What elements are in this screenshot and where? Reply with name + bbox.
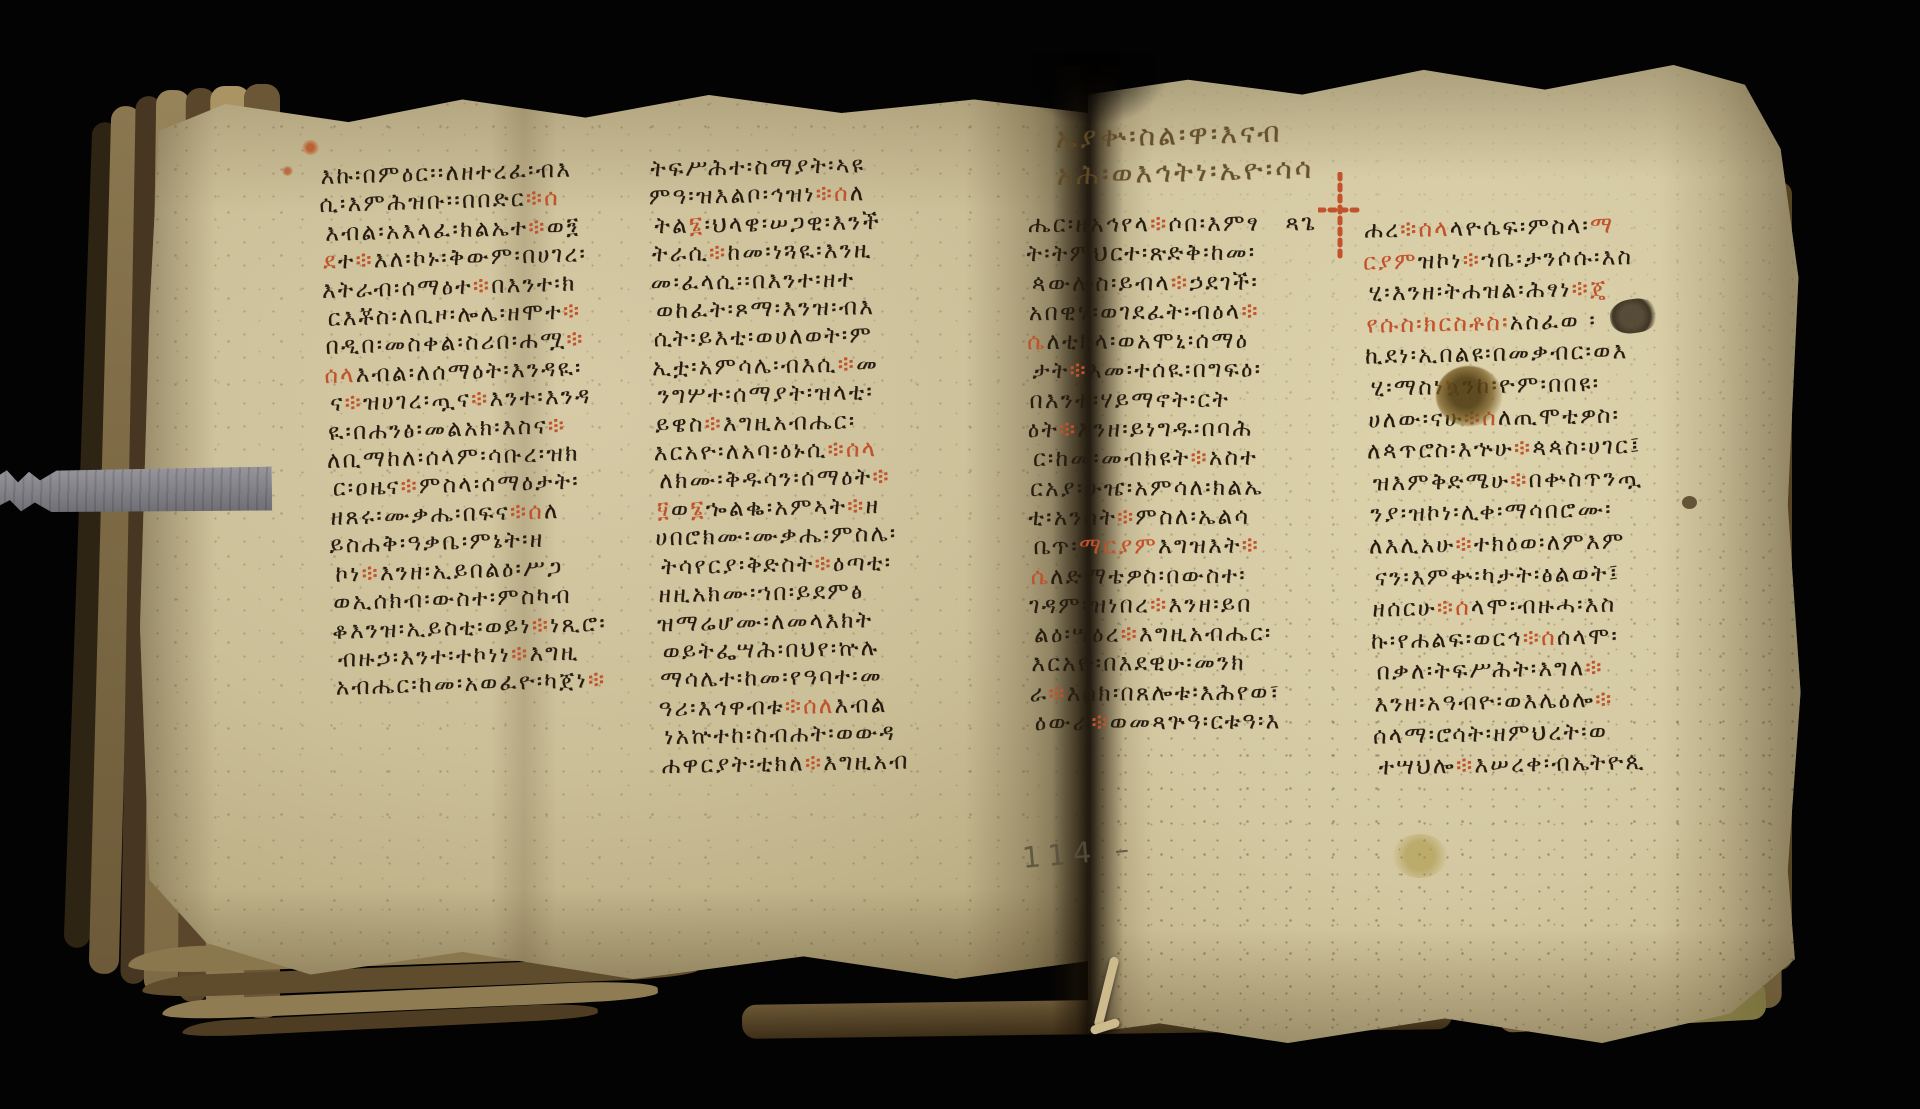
- text-segment: ለ: [849, 181, 865, 207]
- text-segment: ኢቷ፡አምሳሌ፡ብእሲ: [652, 352, 838, 382]
- text-segment: ፡ህላዌ፡ሠጋዊ፡እንች: [704, 209, 881, 238]
- text-segment: በእንተ፡ክ: [491, 270, 577, 299]
- text-segment: ተክዕወ፡ለምእም: [1473, 528, 1625, 557]
- text-segment: ሰላማ፡ሮሳት፡ዘምህረት፡ወ: [1373, 718, 1609, 749]
- text-segment: እግዚአብ: [823, 748, 910, 776]
- text-segment: ላዮሴፍ፡ምስላ፡: [1449, 213, 1590, 242]
- text-segment: ልዕ፡ሣዕረ: [1034, 622, 1121, 649]
- rubricated-text-segment: ሰ: [834, 181, 850, 207]
- text-segment: ተ: [337, 248, 355, 275]
- text-segment: ላሞ፡ብዙሓ፡እስ: [1471, 592, 1617, 621]
- rubricated-text-segment: ፨: [1455, 531, 1474, 557]
- rubricated-text-segment: ፨: [1463, 405, 1482, 431]
- text-segment: ት፡ትምህርተ፡ጽድቅ፡ከመ፡: [1026, 240, 1256, 268]
- rubricated-text-segment: ፨: [1571, 276, 1590, 302]
- text-segment: እሠረቀ፡ብኤትዮጲ: [1474, 749, 1646, 779]
- text-line: ዕት፨እንዘ፡ይነግዱ፡በባሕ: [1028, 414, 1358, 446]
- text-segment: ኩ፡የሐልፍ፡ወርኅ: [1371, 625, 1523, 654]
- text-segment: እንዘ፡ይበ: [1168, 591, 1252, 618]
- text-segment: ኃደገች፡: [1189, 269, 1259, 295]
- text-segment: በእንተ፡ሃይማኖት፡ርት: [1029, 387, 1230, 414]
- text-segment: ትራሲ: [652, 240, 710, 267]
- text-segment: ዕት: [1028, 417, 1059, 443]
- text-line: ሴለድማቴዎስ፡በውስተ፡: [1031, 560, 1361, 592]
- rubricated-text-segment: ፨: [566, 327, 585, 354]
- text-segment: አስፈወ ፡: [1509, 308, 1597, 336]
- text-segment: ቆእንዝ፡ኢይስቲ፡ወይነ: [332, 612, 533, 644]
- rubricated-text-segment: ማርያም: [1079, 534, 1158, 561]
- rubricated-text-segment: ደ: [323, 249, 339, 275]
- text-segment: ሶበ፡እምፃ: [1168, 211, 1260, 238]
- text-segment: ማሳሌተ፡ከመ፡የዓባተ፡መ: [660, 663, 883, 693]
- text-segment: ጳውሎስ፡ይብላ: [1032, 270, 1171, 297]
- text-segment: ንያ፡ዝኮነ፡ሊቀ፡ማሳበሮሙ፡: [1370, 497, 1613, 528]
- rubricated-text-segment: ፨: [1091, 710, 1110, 736]
- text-line: ዕውራ፨ወመጻጕዓ፡ርቱዓ፡እ: [1035, 707, 1365, 739]
- text-segment: ዘሰርሁ: [1372, 595, 1437, 622]
- text-segment: እግዚ: [529, 639, 580, 666]
- text-line: ር፡ከመ፡መብክዩት፨አስተ: [1033, 443, 1363, 475]
- text-segment: ርአያ፡ሁዤ፡አምሳለ፡ክልኤ: [1030, 474, 1264, 502]
- rubricated-text-segment: ፨: [704, 411, 723, 437]
- text-segment: መ: [856, 351, 879, 377]
- text-line: ልዕ፡ሣዕረ፨እግዚአብሔር፡: [1034, 619, 1364, 651]
- text-segment: በቍስጥንጧ: [1528, 465, 1643, 493]
- rubricated-text-segment: ፨: [528, 214, 547, 241]
- rubricated-text-segment: ፨: [872, 464, 891, 490]
- text-segment: ዘዚአክሙ፡ኀበ፡ይደምፅ: [658, 578, 864, 608]
- text-segment: ኮነ: [335, 561, 362, 588]
- rubricated-text-segment: ፨: [815, 181, 834, 207]
- text-segment: እመ፡ተሰዪ፡በግፍዕ፡: [1088, 357, 1263, 384]
- rubricated-text-segment: ፨: [1462, 247, 1481, 273]
- text-segment: ነጺሮ፡: [550, 610, 608, 638]
- rubricated-text-segment: ፨: [837, 351, 856, 377]
- text-segment: ዕውራ: [1035, 710, 1092, 736]
- rubricated-text-segment: ፨: [1171, 270, 1190, 296]
- rubricated-text-segment: ፨: [1437, 595, 1456, 621]
- text-segment: ምዓ፡ዝእልቦ፡ኅዝነ: [649, 182, 816, 211]
- rubricated-text-segment: ፮: [689, 212, 705, 238]
- rubricated-text-segment: ፨: [1059, 417, 1078, 443]
- rubricated-text-segment: ፨: [1456, 753, 1475, 779]
- text-segment: እርአዮ፡ለአባ፡ዕኑሲ: [654, 437, 828, 466]
- text-segment: እርአዮ፡በእደዊሁ፡መንክ: [1031, 650, 1246, 677]
- rubricated-text-segment: ፨: [400, 474, 419, 501]
- rubricated-text-segment: ፨: [1121, 622, 1140, 648]
- text-segment: አስተ: [1209, 445, 1258, 471]
- text-segment: ና: [330, 391, 345, 417]
- text-line: ቲ፡አንስት፨ምስለ፡ኤልሳ: [1028, 502, 1358, 534]
- rubricated-text-segment: ፨: [471, 386, 490, 413]
- text-line: ገዳም፡ዝነበረ፨እንዘ፡ይበ: [1029, 590, 1359, 622]
- text-segment: ቤጥ፡: [1033, 534, 1079, 560]
- text-segment: ኪደነ፡ኢበልዩ፡በመቃብር፡ወእ: [1365, 339, 1629, 371]
- text-segment: ኈልቈ፡አምኣት: [706, 494, 848, 523]
- text-segment: ኀቤ፡ታንሶሱ፡እስ: [1481, 244, 1634, 273]
- text-segment: ዝኮነ: [1417, 247, 1462, 274]
- text-segment: ሲት፡ይእቲ፡ወሀለወት፡ም: [653, 323, 873, 353]
- text-segment: በቃለ፡ትፍሥሕት፡እግለ: [1376, 655, 1585, 685]
- rubricated-text-segment: ፨: [1400, 217, 1419, 243]
- text-segment: እንዘ፡ይነግዱ፡በባሕ: [1077, 416, 1253, 443]
- rubricated-text-segment: ፨: [1117, 504, 1136, 530]
- rubricated-text-segment: ፨: [531, 612, 550, 639]
- text-segment: እንዘ፡አዓብዮ፡ወእሌዕሎ: [1374, 687, 1595, 718]
- rubricated-text-segment: ሰላ: [324, 362, 356, 389]
- text-segment: አበዊሃ፡ወገደፈት፡ብዕላ: [1029, 299, 1242, 326]
- bookmark-ribbon: [0, 467, 272, 514]
- text-line: አበዊሃ፡ወገደፈት፡ብዕላ፨: [1029, 297, 1359, 329]
- text-segment: ለጳጥሮስ፡እኍሁ: [1367, 436, 1514, 465]
- text-segment: ቲ፡አንስት: [1028, 505, 1117, 532]
- rubricated-text-segment: ፨: [1048, 681, 1067, 707]
- text-line: ት፡ትምህርተ፡ጽድቅ፡ከመ፡: [1026, 238, 1356, 270]
- text-segment: ራ: [1029, 681, 1048, 707]
- text-segment: ከመ፡ነጓዪ፡እንዚ: [727, 237, 873, 266]
- rubricated-text-segment: ፶: [657, 497, 672, 523]
- rubricated-text-segment: ኳ: [1445, 374, 1463, 400]
- text-segment: ንከ፡ዮም፡በበዩ፡: [1462, 371, 1600, 400]
- rubricated-text-segment: ፨: [784, 693, 803, 719]
- rubricated-text-segment: ፨: [1585, 655, 1604, 681]
- text-segment: ለክሙ፡ቅዱሳን፡ሰማዕት: [659, 465, 873, 495]
- text-segment: ታት: [1032, 358, 1069, 384]
- text-segment: ሰላሞ፡: [1557, 623, 1620, 650]
- rubricated-text-segment: ማ: [1590, 212, 1615, 239]
- rubricated-text-segment: ፨: [847, 493, 866, 519]
- rubricated-text-segment: ፨: [814, 551, 833, 577]
- text-segment: ለድማቴዎስ፡በውስተ፡: [1050, 562, 1247, 589]
- text-segment: ለጢሞቲዎስ፡: [1498, 402, 1621, 431]
- rubricated-text-segment: ሰ: [544, 185, 560, 211]
- text-segment: መ፡ፈላሲ፡፡በእንተ፡ዘተ: [650, 266, 855, 296]
- text-segment: ወመጻጕዓ፡ርቱዓ፡እ: [1110, 708, 1282, 735]
- text-segment: ወከፈት፡ጾማ፡እንዝ፡ብእ: [656, 294, 875, 324]
- text-segment: እግዚአብሔር፡: [1139, 621, 1273, 648]
- text-segment: ዕጣቲ፡: [833, 549, 893, 576]
- text-segment: ተሣህሎ: [1378, 753, 1456, 781]
- text-segment: ብዙኃ፡እንተ፡ተኮነነ: [337, 641, 511, 672]
- rubricated-text-segment: ሰ: [528, 498, 544, 524]
- rubricated-text-segment: ፨: [562, 298, 581, 325]
- text-segment: ሂ፡እንዘ፡ትሐዝል፡ሕፃነ: [1368, 277, 1571, 307]
- text-segment: ገዳም፡ዝነበረ: [1029, 592, 1150, 619]
- text-line: በእንተ፡ሃይማኖት፡ርት: [1029, 385, 1359, 417]
- text-segment: እብል: [834, 692, 888, 719]
- text-segment: ጻጌ: [1260, 210, 1317, 236]
- text-segment: እንተ፡እንዳ: [489, 383, 592, 412]
- text-segment: ለ: [544, 498, 560, 524]
- text-segment: ወ: [671, 497, 691, 523]
- rubricated-text-segment: ፨: [709, 240, 728, 266]
- rubricated-text-segment: ሰላ: [1418, 216, 1450, 243]
- text-line: እርአዮ፡በእደዊሁ፡መንክ: [1031, 648, 1361, 680]
- text-segment: ሀበሮክሙ፡ሙቃሔ፡ምስሌ፡: [655, 521, 898, 552]
- text-segment: ዝማሬሆሙ፡ለመላእክት: [657, 607, 874, 637]
- left-page-column-1: እኩ፡በምዕር፡፡ለዘተረፈ፡ብእሲ፡እምሕዝቡ፡፡በበድር፨ሰእብል፡አእላፈ…: [320, 153, 666, 702]
- text-segment: ዘጸሩ፡ሙቃሔ፡በፍና: [330, 499, 510, 530]
- text-segment: ትፍሥሕተ፡ስማያት፡ኣዩ: [650, 152, 865, 182]
- rubricated-text-segment: ፨: [827, 437, 846, 463]
- text-line: ርአያ፡ሁዤ፡አምሳለ፡ክልኤ: [1030, 473, 1360, 505]
- text-segment: ሀለው፡ናሁ: [1368, 405, 1464, 433]
- text-segment: ይዌስ: [655, 411, 705, 438]
- rubricated-text-segment: ፨: [1241, 298, 1260, 324]
- text-segment: ወ፺: [546, 213, 580, 240]
- text-line: ጳውሎስ፡ይብላ፨ኃደገች፡: [1032, 267, 1362, 299]
- rubricated-text-segment: ፨: [547, 412, 566, 439]
- rubricated-text-segment: ፨: [472, 273, 491, 300]
- rubricated-text-segment: ፨: [1242, 533, 1261, 559]
- rubricated-text-segment: ፨: [1190, 445, 1209, 471]
- rubricated-text-segment: ፨: [1514, 435, 1533, 461]
- left-page-column-2: ትፍሥሕተ፡ስማያት፡ኣዩምዓ፡ዝእልቦ፡ኅዝነ፨ሰለትል፮፡ህላዌ፡ሠጋዊ፡እ…: [650, 149, 1007, 780]
- rubricated-text-segment: ፨: [1510, 467, 1529, 493]
- text-segment: ዓሪ፡እኅዋብቱ: [658, 694, 785, 722]
- rubricated-text-segment: ርያም: [1363, 248, 1418, 275]
- page-header-title: ኤያቍ፡ስል፡ዋ፡እናብ አሕ፡ወእኅትነ፡ኤዮ፡ሳሳ: [1055, 108, 1477, 194]
- rubricated-text-segment: ሴ: [1027, 329, 1046, 355]
- rubricated-text-segment: ፨: [588, 667, 607, 694]
- text-segment: ሔር፡ዘአኅየላ: [1028, 211, 1150, 238]
- text-line: ሔር፡ዘአኅየላ፨ሶበ፡እምፃ ጻጌ: [1028, 209, 1358, 241]
- rubricated-text-segment: የሱስ፡ክርስቶስ፡: [1366, 309, 1510, 338]
- rubricated-text-segment: ፨: [509, 499, 528, 526]
- text-segment: ዝሀገረ፡ጧና: [363, 387, 472, 416]
- rubricated-text-segment: ሰ: [1482, 404, 1498, 430]
- text-segment: እግዚአብሔር፡: [723, 408, 857, 437]
- rubricated-text-segment: ፨: [1595, 686, 1614, 712]
- text-segment: ሐረ: [1364, 217, 1400, 244]
- text-segment: እስክ፡በጸሎቱ፡እሕየወ፣: [1067, 679, 1282, 706]
- text-segment: እብል፡አእላፈ፡ክልኤተ: [325, 215, 529, 247]
- text-segment: ር፡ዐዜና: [332, 474, 401, 502]
- rubricated-text-segment: ፨: [805, 750, 824, 776]
- rubricated-text-segment: ሰለ: [803, 693, 835, 720]
- rubricated-text-segment: ሰላ: [846, 436, 878, 463]
- text-segment: ምስላ፡ሰማዕታት፡: [419, 469, 581, 500]
- text-segment: ትል: [654, 212, 689, 239]
- text-segment: እትራብ፡ሰማዕተ: [321, 273, 473, 303]
- rubricated-text-segment: ፨: [1150, 211, 1169, 237]
- text-segment: ነአኵተከ፡ስብሐት፡ወውዳ: [664, 720, 896, 750]
- rubricated-text-segment: ፨: [361, 560, 380, 587]
- text-segment: ር፡ከመ፡መብክዩት: [1033, 445, 1191, 472]
- text-segment: ርእቾስ፡ለቢዞ፡ሎሌ፡ዘሞተ: [327, 299, 563, 332]
- text-segment: ትሳየርያ፡ቅድስት: [661, 551, 815, 580]
- text-segment: ንግሦተ፡ሰማያት፡ዝላቲ፡: [657, 379, 874, 409]
- rubricated-text-segment: ፨: [355, 248, 374, 275]
- text-segment: ለእሊአሁ: [1369, 532, 1456, 560]
- text-segment: ወይትፌሣሕ፡በህየ፡ኵሉ: [662, 635, 879, 665]
- text-segment: ጳጳስ፡ሀገር፤: [1532, 433, 1642, 461]
- rubricated-text-segment: ፨: [344, 390, 363, 417]
- text-segment: ለቲክላ፡ወአሞኒ፡ሰማዕ: [1046, 328, 1249, 355]
- text-segment: እንዘ፡ኢይበልዕ፡ሥጋ: [379, 555, 563, 586]
- rubricated-text-segment: ጄ: [1590, 276, 1608, 302]
- rubricated-text-segment: ፨: [1069, 358, 1088, 384]
- rubricated-text-segment: ሰ: [1541, 624, 1557, 650]
- rubricated-text-segment: ሰ: [1455, 595, 1471, 621]
- rubricated-text-segment: ፨: [511, 641, 530, 668]
- right-page-column-2: ሐረ፨ሰላላዮሴፍ፡ምስላ፡ማርያምዝኮነ፨ኀቤ፡ታንሶሱ፡እስሂ፡እንዘ፡ትሐ…: [1364, 208, 1721, 784]
- text-line: ቤጥ፡ማርያምእግዝእት፨: [1033, 531, 1363, 563]
- text-line: ራ፨እስክ፡በጸሎቱ፡እሕየወ፣: [1029, 678, 1359, 710]
- text-segment: እግዝእት: [1158, 533, 1242, 560]
- rubricated-text-segment: ፨: [525, 186, 544, 213]
- right-page-column-1: ሔር፡ዘአኅየላ፨ሶበ፡እምፃ ጻጌት፡ትምህርተ፡ጽድቅ፡ከመ፡ጳውሎስ፡ይብ…: [1028, 209, 1362, 739]
- text-segment: ምስለ፡ኤልሳ: [1135, 504, 1250, 531]
- text-segment: ሂ፡ማስነ: [1370, 374, 1445, 402]
- text-segment: ሐዋርያት፡ቲክለ: [662, 750, 806, 779]
- text-segment: ዘ: [865, 493, 880, 519]
- text-segment: ዝእምቅድሜሁ: [1372, 467, 1510, 496]
- rubricated-text-segment: ሴ: [1031, 564, 1050, 590]
- text-line: ሴለቲክላ፡ወአሞኒ፡ሰማዕ: [1027, 326, 1357, 358]
- text-segment: ሲ፡እምሕዝቡ፡፡በበድር: [319, 186, 526, 218]
- text-segment: ናን፡እምቍ፡ካታት፡ፅልወት፤: [1374, 560, 1620, 591]
- rubricated-text-segment: ፨: [1150, 592, 1169, 618]
- rubric-cross-ornament: [1318, 172, 1362, 264]
- text-line: ታት፨እመ፡ተሰዪ፡በግፍዕ፡: [1032, 355, 1362, 387]
- rubricated-text-segment: ፨: [1522, 625, 1541, 651]
- manuscript-photo-scene: ኤያቍ፡ስል፡ዋ፡እናብ አሕ፡ወእኅትነ፡ኤዮ፡ሳሳ እኩ፡በምዕር፡፡ለዘተ…: [0, 0, 1920, 1109]
- rubricated-text-segment: ፮: [690, 496, 706, 522]
